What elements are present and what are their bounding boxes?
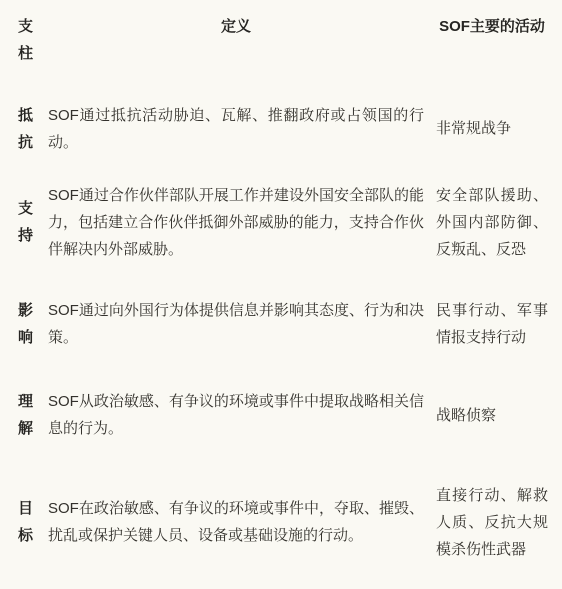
definition-text: SOF在政治敏感、有争议的环境或事件中，夺取、摧毁、扰乱或保护关键人员、设备或基…	[48, 495, 424, 549]
activities-text: 安全部队援助、外国内部防御、反叛乱、反恐	[424, 182, 548, 263]
pillar-label: 支持	[18, 195, 34, 249]
activities-text: 直接行动、解救人质、反抗大规模杀伤性武器	[424, 482, 548, 563]
activities-text: 非常规战争	[424, 115, 548, 142]
table-row: 抵抗 SOF通过抵抗活动胁迫、瓦解、推翻政府或占领国的行动。 非常规战争	[0, 85, 562, 172]
pillar-label: 抵抗	[18, 102, 34, 156]
table-body: 抵抗 SOF通过抵抗活动胁迫、瓦解、推翻政府或占领国的行动。 非常规战争 支持 …	[0, 85, 562, 589]
table-row: 目标 SOF在政治敏感、有争议的环境或事件中，夺取、摧毁、扰乱或保护关键人员、设…	[0, 455, 562, 589]
pillar-label: 影响	[18, 297, 34, 351]
table-row: 理解 SOF从政治敏感、有争议的环境或事件中提取战略相关信息的行为。 战略侦察	[0, 375, 562, 455]
header-definition: 定义	[48, 13, 424, 40]
activities-text: 战略侦察	[424, 402, 548, 429]
definition-text: SOF从政治敏感、有争议的环境或事件中提取战略相关信息的行为。	[48, 388, 424, 442]
table-header-row: 支柱 定义 SOF主要的活动	[0, 0, 562, 85]
definition-text: SOF通过抵抗活动胁迫、瓦解、推翻政府或占领国的行动。	[48, 102, 424, 156]
pillar-label: 理解	[18, 388, 34, 442]
table-row: 影响 SOF通过向外国行为体提供信息并影响其态度、行为和决策。 民事行动、军事情…	[0, 272, 562, 375]
definition-text: SOF通过向外国行为体提供信息并影响其态度、行为和决策。	[48, 297, 424, 351]
header-pillar: 支柱	[18, 13, 34, 67]
table-row: 支持 SOF通过合作伙伴部队开展工作并建设外国安全部队的能力，包括建立合作伙伴抵…	[0, 172, 562, 272]
sof-pillars-table: 支柱 定义 SOF主要的活动 抵抗 SOF通过抵抗活动胁迫、瓦解、推翻政府或占领…	[0, 0, 562, 589]
activities-text: 民事行动、军事情报支持行动	[424, 297, 548, 351]
header-activities: SOF主要的活动	[424, 13, 548, 40]
definition-text: SOF通过合作伙伴部队开展工作并建设外国安全部队的能力，包括建立合作伙伴抵御外部…	[48, 182, 424, 263]
pillar-label: 目标	[18, 495, 34, 549]
